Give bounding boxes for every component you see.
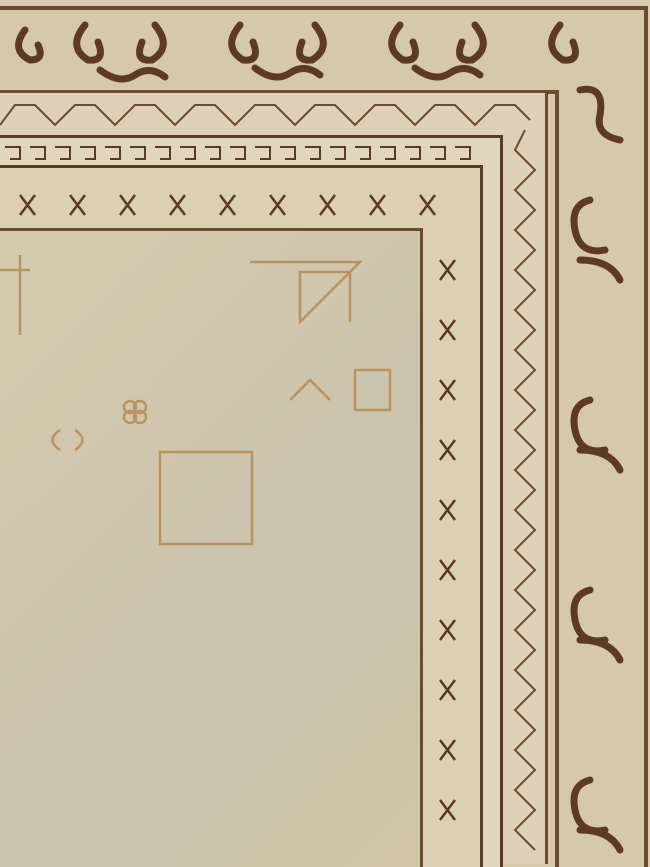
rug-photo: [0, 0, 650, 867]
rug-motifs: [0, 0, 650, 867]
